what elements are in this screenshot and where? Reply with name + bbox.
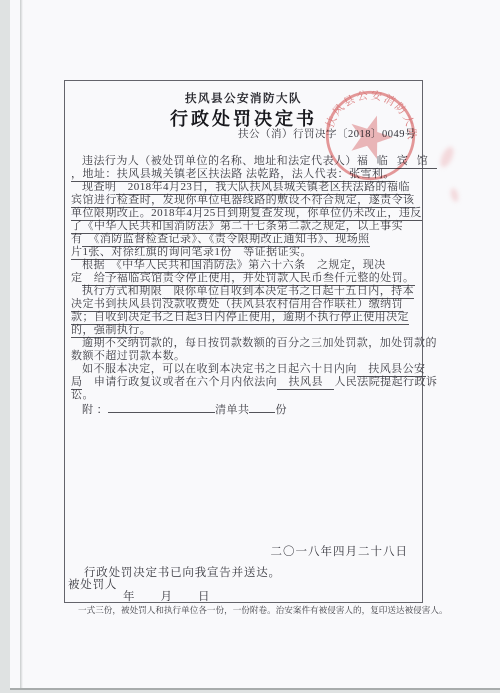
document-line: 数额不超过罚款本数。 <box>71 350 419 363</box>
form-text: 现查明 <box>82 181 116 193</box>
filled-in-text: 了《中华人民共和国消防法》第二十七条第二款之规定， <box>71 220 357 234</box>
filled-in-text: 决定书到扶风县罚没款收费处（扶风县农村信用合作联社）缴纳罚 <box>71 298 403 312</box>
filled-in-text: 款；自收到决定书之日起3日内停止使用，逾期不执行停止使用决定 <box>71 311 409 325</box>
filled-in-text: 2018年4月23日，我大队扶风县城关镇老区扶法路的福临 <box>116 181 410 195</box>
document-body-lines: 违法行为人（被处罚单位的名称、地址和法定代表人）福临宾馆，地址：扶风县城关镇老区… <box>71 155 419 415</box>
document-line: 根据 《中华人民共和国消防法》第六十六条 之规定，现决 <box>71 259 419 272</box>
document-line: 了《中华人民共和国消防法》第二十七条第二款之规定，以上事实 <box>71 220 419 233</box>
document-line: 单位限期改正。2018年4月25日到期复查发现，你单位仍未改正，违反 <box>71 207 419 220</box>
form-text: 有 <box>71 233 82 245</box>
document-line: 如不服本决定，可以在收到本决定书之日起六十日内向 扶风县公安 <box>71 363 419 376</box>
copies-footnote: 一式三份，被处罚人和执行单位各一份，一份附卷。治安案件有被侵害人的，复印送达被侵… <box>78 604 438 616</box>
form-text: 逾期不交纳罚款的，每日按罚款数额的百分之三加处罚款，加处罚款的 <box>82 337 437 349</box>
blank-field <box>249 402 275 413</box>
form-text: 讼。 <box>71 389 94 401</box>
form-text: 人民法院提起行政诉 <box>334 376 437 388</box>
filled-in-text: 扶风县 <box>277 376 334 390</box>
form-text: 根据 <box>82 259 105 271</box>
document-line: 定 给予福临宾馆责令停止使用，并处罚款人民币叁仟元整的处罚。 <box>71 272 419 285</box>
document-line: 附 ：清单共份 <box>71 402 419 415</box>
filled-in-text: 《中华人民共和国消防法》第六十六条 <box>105 259 306 273</box>
form-text: 如不服本决定，可以在收到本决定书之日起六十日内向 <box>82 363 357 375</box>
document-line: 决定书到扶风县罚没款收费处（扶风县农村信用合作联社）缴纳罚 <box>71 298 419 311</box>
form-text: 之规定，现决 <box>306 259 386 271</box>
document-line: 执行方式和期限 限你单位自收到本决定书之日起十五日内，持本 <box>71 285 419 298</box>
filled-in-text: 限你单位自收到本决定书之日起十五日内，持本 <box>162 285 414 299</box>
filled-in-text: 《消防监督检查记录》、《责令限期改正通知书》、现场照 <box>82 233 369 247</box>
form-text: 数额不超过罚款本数。 <box>71 350 186 362</box>
form-text: 清单共 <box>215 404 249 416</box>
paper-edge-shadow <box>20 0 23 688</box>
decision-date: 二〇一八年四月二十八日 <box>271 543 409 559</box>
filled-in-text: 局 <box>71 376 82 390</box>
filled-in-text: 片1张、对徐红旗的询问笔录1份 <box>71 246 232 260</box>
seal-star-icon <box>344 109 398 162</box>
filled-in-text: 扶风县公安 <box>357 363 426 377</box>
form-text: 份 <box>275 404 286 416</box>
document-line: 逾期不交纳罚款的，每日按罚款数额的百分之三加处罚款，加处罚款的 <box>71 337 419 350</box>
document-line: 宾馆进行检查时，发现你单位电器线路的敷设不符合规定，遂责令该 <box>71 194 419 207</box>
filled-in-text: 的，强制执行。 <box>71 324 151 338</box>
document-line: 的，强制执行。 <box>71 324 419 337</box>
ink-smudge <box>449 187 459 202</box>
document-line: 局 申请行政复议或者在六个月内依法向 扶风县 人民法院提起行政诉 <box>71 376 419 389</box>
form-text: 申请行政复议或者在六个月内依法向 <box>82 376 277 388</box>
punished-party-label: 被处罚人 <box>68 576 117 592</box>
ink-smudge <box>438 145 456 169</box>
form-text: 等证据证实。 <box>232 246 312 258</box>
document-line: 有 《消防监督检查记录》、《责令限期改正通知书》、现场照 <box>71 233 419 246</box>
signature-date-blanks: 年 月 日 <box>123 588 211 604</box>
form-text: 执行方式和期限 <box>82 285 162 297</box>
document-line: 讼。 <box>71 389 419 402</box>
filled-in-text: 给予福临宾馆责令停止使用，并处罚款人民币叁仟元整的处罚。 <box>82 272 414 286</box>
official-red-seal: 扶风县公安消防大队 <box>323 88 418 183</box>
form-text: 附 ： <box>82 404 108 416</box>
document-line: 片1张、对徐红旗的询问笔录1份 等证据证实。 <box>71 246 419 259</box>
form-text: 违法行为人（被处罚单位的名称、地址和法定代表人） <box>82 155 357 167</box>
blank-field <box>108 402 215 413</box>
scanned-paper: 扶风县公安消防大队 行政处罚决定书 扶公（消）行罚决字〔2018〕0049号 违… <box>10 0 500 688</box>
form-text: 以上事实 <box>357 220 403 232</box>
filled-in-text: 单位限期改正。2018年4月25日到期复查发现，你单位仍未改正，违反 <box>71 207 422 221</box>
form-text: 定 <box>71 272 82 284</box>
filled-in-text: 宾馆进行检查时，发现你单位电器线路的敷设不符合规定，遂责令该 <box>71 194 415 208</box>
document-line: 款；自收到决定书之日起3日内停止使用，逾期不执行停止使用决定 <box>71 311 419 324</box>
